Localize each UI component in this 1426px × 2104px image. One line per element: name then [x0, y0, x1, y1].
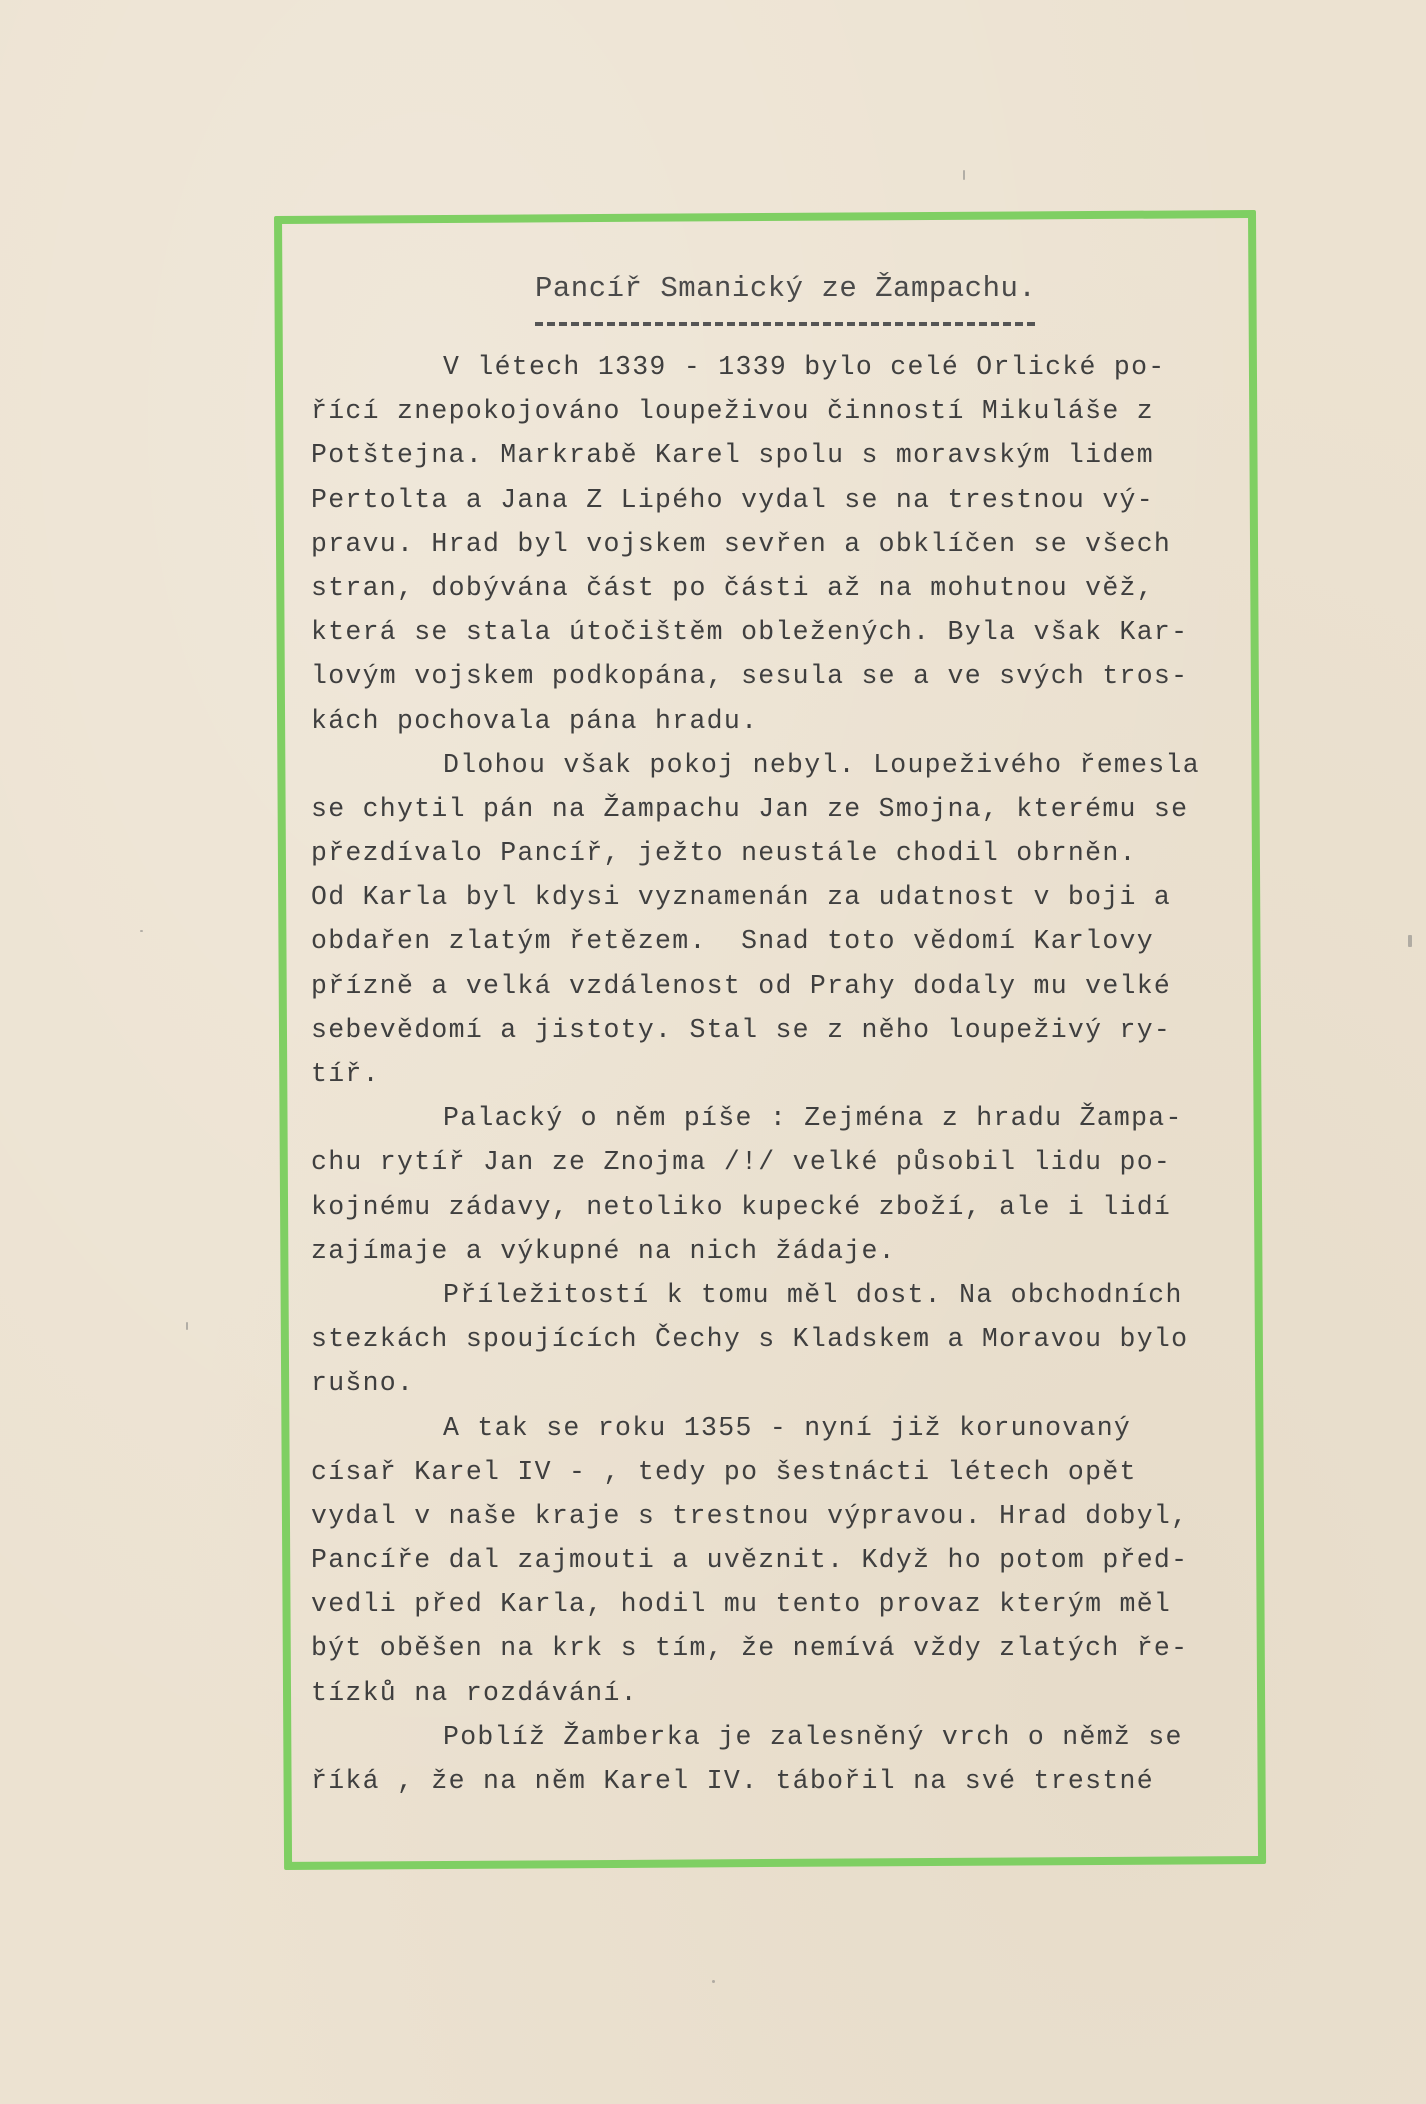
- text-line: sebevědomí a jistoty. Stal se z něho lou…: [311, 1008, 1251, 1052]
- text-line: Dlohou však pokoj nebyl. Loupeživého řem…: [311, 743, 1251, 787]
- paper-speck: [1408, 935, 1412, 947]
- text-line: stezkách spoujících Čechy s Kladskem a M…: [311, 1317, 1251, 1361]
- text-line: chu rytíř Jan ze Znojma /!/ velké působi…: [311, 1140, 1251, 1184]
- paper-speck: [186, 1322, 188, 1330]
- text-line: Od Karla byl kdysi vyznamenán za udatnos…: [311, 875, 1251, 919]
- text-line: vydal v naše kraje s trestnou výpravou. …: [311, 1494, 1251, 1538]
- text-line: která se stala útočištěm obležených. Byl…: [311, 610, 1251, 654]
- text-line: lovým vojskem podkopána, sesula se a ve …: [311, 654, 1251, 698]
- typewritten-body: V létech 1339 - 1339 bylo celé Orlické p…: [311, 345, 1251, 1803]
- text-line: A tak se roku 1355 - nyní již korunovaný: [311, 1406, 1251, 1450]
- document-title: Pancíř Smanický ze Žampachu.: [535, 272, 1036, 305]
- text-line: stran, dobývána část po části až na mohu…: [311, 566, 1251, 610]
- text-line: tízků na rozdávání.: [311, 1671, 1251, 1715]
- text-line: zajímaje a výkupné na nich žádaje.: [311, 1229, 1251, 1273]
- text-line: V létech 1339 - 1339 bylo celé Orlické p…: [311, 345, 1251, 389]
- paper-speck: [140, 930, 143, 932]
- text-line: rušno.: [311, 1361, 1251, 1405]
- text-line: obdařen zlatým řetězem. Snad toto vědomí…: [311, 919, 1251, 963]
- text-line: přízně a velká vzdálenost od Prahy dodal…: [311, 964, 1251, 1008]
- title-dashed-underline: [535, 322, 1035, 326]
- text-line: kojnému zádavy, netoliko kupecké zboží, …: [311, 1185, 1251, 1229]
- text-line: Poblíž Žamberka je zalesněný vrch o němž…: [311, 1715, 1251, 1759]
- text-line: říká , že na něm Karel IV. tábořil na sv…: [311, 1759, 1251, 1803]
- text-line: tíř.: [311, 1052, 1251, 1096]
- paper-speck: [963, 170, 965, 180]
- text-line: se chytil pán na Žampachu Jan ze Smojna,…: [311, 787, 1251, 831]
- text-line: být oběšen na krk s tím, že nemívá vždy …: [311, 1626, 1251, 1670]
- text-line: řící znepokojováno loupeživou činností M…: [311, 389, 1251, 433]
- text-line: Pertolta a Jana Z Lipého vydal se na tre…: [311, 478, 1251, 522]
- paper-speck: [712, 1980, 715, 1983]
- text-line: Pancíře dal zajmouti a uvěznit. Když ho …: [311, 1538, 1251, 1582]
- text-line: pravu. Hrad byl vojskem sevřen a obklíče…: [311, 522, 1251, 566]
- text-line: přezdívalo Pancíř, ježto neustále chodil…: [311, 831, 1251, 875]
- text-line: Palacký o něm píše : Zejména z hradu Žam…: [311, 1096, 1251, 1140]
- text-line: císař Karel IV - , tedy po šestnácti lét…: [311, 1450, 1251, 1494]
- text-line: Potštejna. Markrabě Karel spolu s moravs…: [311, 433, 1251, 477]
- text-line: kách pochovala pána hradu.: [311, 699, 1251, 743]
- text-line: vedli před Karla, hodil mu tento provaz …: [311, 1582, 1251, 1626]
- text-line: Příležitostí k tomu měl dost. Na obchodn…: [311, 1273, 1251, 1317]
